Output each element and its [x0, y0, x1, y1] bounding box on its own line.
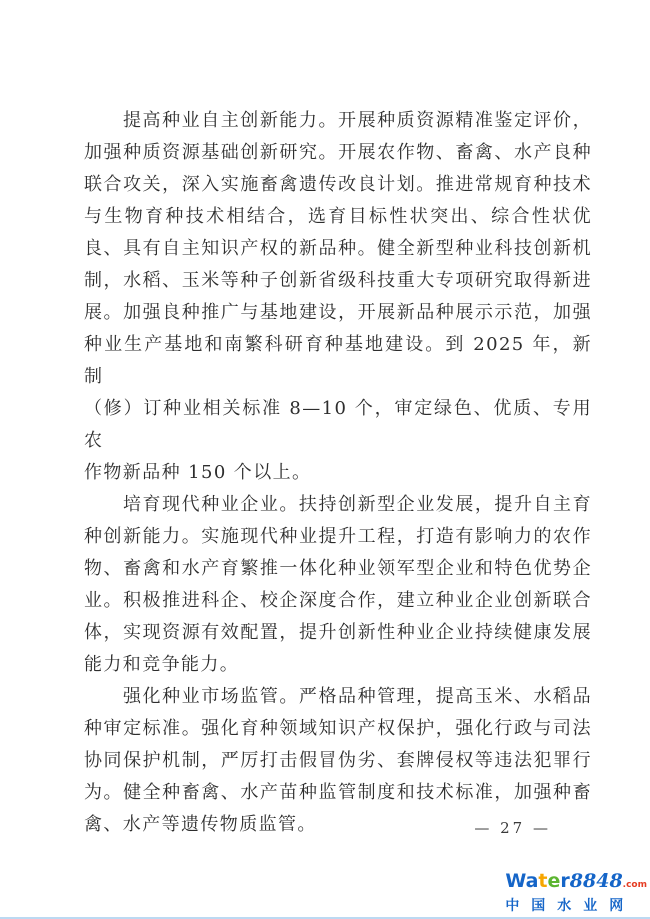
text-line: 体，实现资源有效配置，提升创新性种业企业持续健康发展 — [84, 617, 592, 649]
text-line: 强化种业市场监管。严格品种管理，提高玉米、水稻品 — [84, 681, 592, 713]
page-number: — 27 — — [474, 819, 551, 837]
text-line: 良、具有自主知识产权的新品种。健全新型种业科技创新机 — [84, 233, 592, 265]
text-line: 加强种质资源基础创新研究。开展农作物、畜禽、水产良种 — [84, 137, 592, 169]
text-line: 种审定标准。强化育种领域知识产权保护，强化行政与司法 — [84, 713, 592, 745]
text-line: 物、畜禽和水产育繁推一体化种业领军型企业和特色优势企 — [84, 553, 592, 585]
text-line: 为。健全种畜禽、水产苗种监管制度和技术标准，加强种畜 — [84, 777, 592, 809]
paragraph: 提高种业自主创新能力。开展种质资源精准鉴定评价， 加强种质资源基础创新研究。开展… — [84, 105, 592, 489]
text-line: 联合攻关，深入实施畜禽遗传改良计划。推进常规育种技术 — [84, 169, 592, 201]
paragraph: 强化种业市场监管。严格品种管理，提高玉米、水稻品 种审定标准。强化育种领域知识产… — [84, 681, 592, 841]
brand-letter: r — [560, 870, 569, 892]
text-line: 制，水稻、玉米等种子创新省级科技重大专项研究取得新进 — [84, 265, 592, 297]
text-line: 能力和竞争能力。 — [84, 649, 592, 681]
site-watermark: Water8848.com 中国水业网 — [505, 871, 647, 913]
brand-letter: a — [526, 870, 539, 892]
brand-letter: W — [505, 870, 525, 892]
document-body: 提高种业自主创新能力。开展种质资源精准鉴定评价， 加强种质资源基础创新研究。开展… — [84, 105, 592, 841]
brand-tld: .com — [623, 880, 647, 890]
brand-letter: t — [538, 870, 547, 892]
text-line: （修）订种业相关标准 8—10 个，审定绿色、优质、专用农 — [84, 393, 592, 457]
watermark-brand: Water8848.com — [505, 871, 647, 895]
text-line: 种创新能力。实施现代种业提升工程，打造有影响力的农作 — [84, 521, 592, 553]
text-line: 提高种业自主创新能力。开展种质资源精准鉴定评价， — [84, 105, 592, 137]
text-line: 展。加强良种推广与基地建设，开展新品种展示示范，加强 — [84, 297, 592, 329]
text-line: 业。积极推进科企、校企深度合作，建立种业企业创新联合 — [84, 585, 592, 617]
text-line: 种业生产基地和南繁科研育种基地建设。到 2025 年，新制 — [84, 329, 592, 393]
brand-number: 8848 — [570, 870, 623, 892]
text-line: 与生物育种技术相结合，选育目标性状突出、综合性状优 — [84, 201, 592, 233]
watermark-subtitle: 中国水业网 — [505, 899, 650, 913]
paragraph: 培育现代种业企业。扶持创新型企业发展，提升自主育 种创新能力。实施现代种业提升工… — [84, 489, 592, 681]
brand-letter: e — [548, 870, 561, 892]
text-line: 协同保护机制，严厉打击假冒伪劣、套牌侵权等违法犯罪行 — [84, 745, 592, 777]
text-line: 作物新品种 150 个以上。 — [84, 457, 592, 489]
document-page: 提高种业自主创新能力。开展种质资源精准鉴定评价， 加强种质资源基础创新研究。开展… — [0, 0, 650, 919]
text-line: 培育现代种业企业。扶持创新型企业发展，提升自主育 — [84, 489, 592, 521]
